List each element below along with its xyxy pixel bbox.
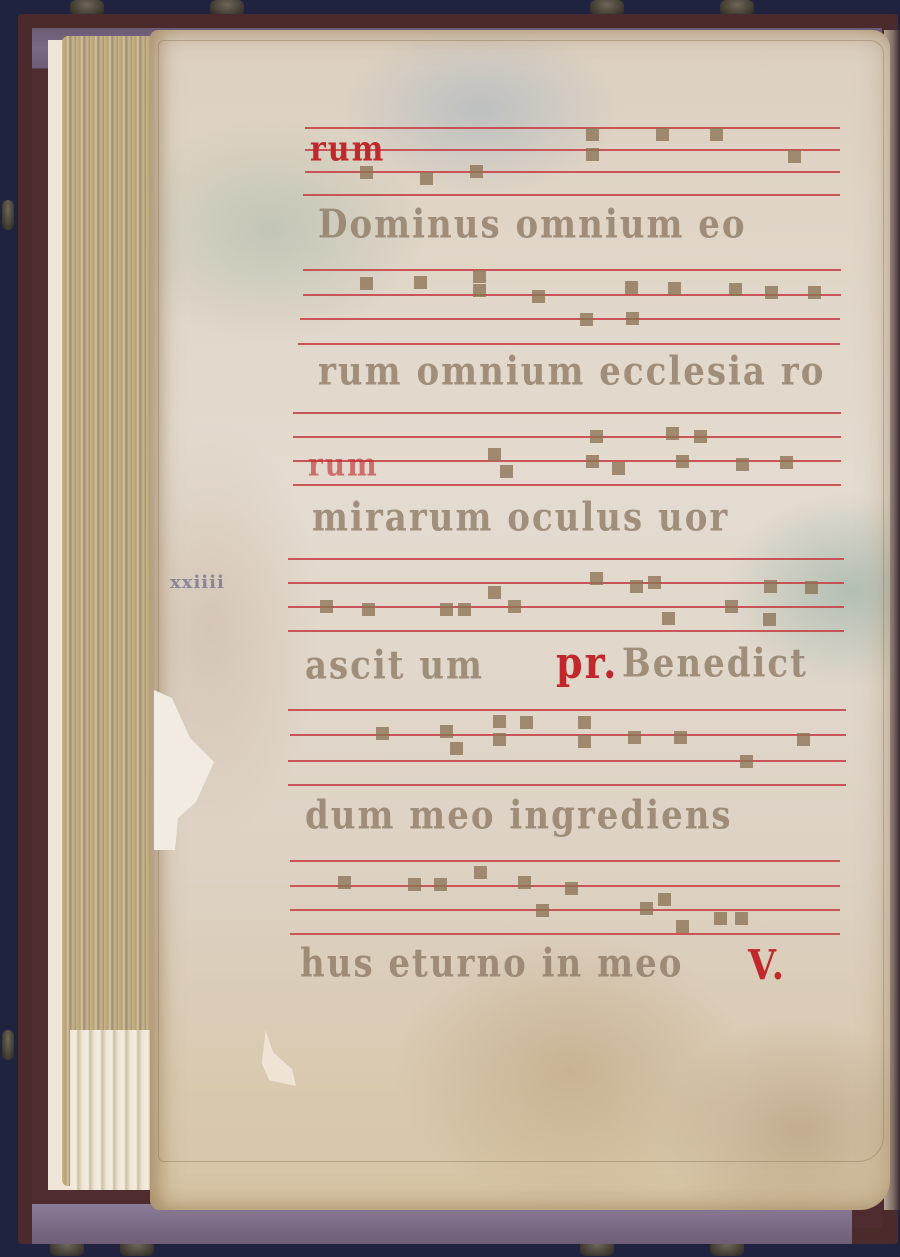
chant-text-line: dum meo ingrediens [305, 793, 733, 839]
neume [434, 878, 447, 891]
cover-turn-in-bottom [32, 1204, 852, 1244]
neume [630, 580, 643, 593]
neume [625, 281, 638, 294]
neume [788, 150, 801, 163]
neume [694, 430, 707, 443]
neume [736, 458, 749, 471]
neume [420, 172, 433, 185]
chant-text-line: Benedict [622, 641, 808, 687]
chant-text-line: Dominus omnium eo [318, 202, 747, 248]
neume [458, 603, 471, 616]
neume [414, 276, 427, 289]
neume [450, 742, 463, 755]
neume [586, 148, 599, 161]
neume [666, 427, 679, 440]
neume [668, 282, 681, 295]
neume [626, 312, 639, 325]
neume [518, 876, 531, 889]
neume [714, 912, 727, 925]
neume [565, 882, 578, 895]
neume [473, 284, 486, 297]
neume [376, 727, 389, 740]
neume [656, 128, 669, 141]
neume [797, 733, 810, 746]
neume [648, 576, 661, 589]
neume [493, 715, 506, 728]
neume [578, 716, 591, 729]
neume [470, 165, 483, 178]
neume [612, 462, 625, 475]
neume [408, 878, 421, 891]
neume [473, 270, 486, 283]
neume [520, 716, 533, 729]
neume [493, 733, 506, 746]
neume [780, 456, 793, 469]
neume [764, 580, 777, 593]
neume [590, 572, 603, 585]
rubric-text: rum [310, 129, 385, 169]
neume [532, 290, 545, 303]
neume [536, 904, 549, 917]
neume [586, 455, 599, 468]
chant-text-line: ascit um [305, 643, 484, 689]
neume [735, 912, 748, 925]
neume [440, 725, 453, 738]
neume [674, 731, 687, 744]
rubric-psalm-marker: pr. [556, 637, 618, 689]
neume [578, 735, 591, 748]
stacked-leaf-edges [62, 36, 162, 1186]
neume [805, 581, 818, 594]
chant-text-line: hus eturno in meo [300, 941, 683, 987]
neume [729, 283, 742, 296]
neume [338, 876, 351, 889]
neume [488, 586, 501, 599]
neume [488, 448, 501, 461]
neume [474, 866, 487, 879]
stacked-leaf-edges-lower [70, 1030, 150, 1190]
neume [640, 902, 653, 915]
neume [500, 465, 513, 478]
neume [658, 893, 671, 906]
neume [765, 286, 778, 299]
neume [676, 455, 689, 468]
neume [725, 600, 738, 613]
marginal-note: xxiiii [170, 572, 225, 593]
neume [580, 313, 593, 326]
neume [628, 731, 641, 744]
neume [590, 430, 603, 443]
neume [362, 603, 375, 616]
chant-text-line: mirarum oculus uor [312, 495, 729, 541]
neume [740, 755, 753, 768]
neume [662, 612, 675, 625]
rubric-text: rum [308, 446, 379, 484]
chant-text-line: rum omnium ecclesia ro [318, 349, 825, 395]
rubric-versicle-marker: V. [748, 941, 786, 989]
cradle-peg [2, 200, 14, 230]
neume [320, 600, 333, 613]
neume [586, 128, 599, 141]
neume [360, 277, 373, 290]
neume [710, 128, 723, 141]
neume [808, 286, 821, 299]
neume [508, 600, 521, 613]
neume [440, 603, 453, 616]
neume [676, 920, 689, 933]
neume [763, 613, 776, 626]
cradle-peg [2, 1030, 14, 1060]
